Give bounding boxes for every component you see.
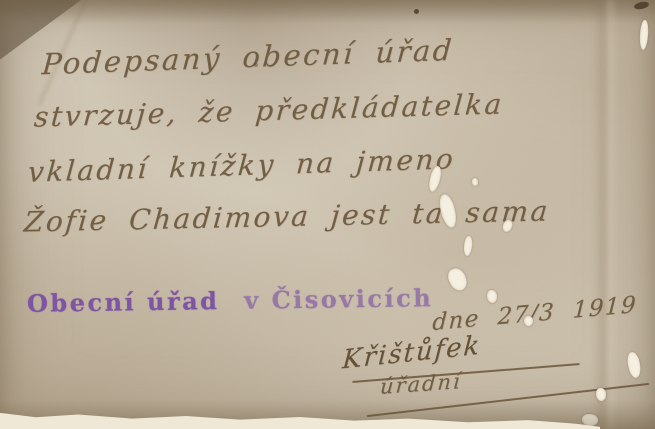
scanned-document: Podepsaný obecní úřad stvrzuje, že předk… [0, 0, 655, 429]
paper-damage-chip [463, 236, 474, 257]
paper-damage-chip [446, 266, 470, 293]
stamp-text-secondary: v Čisovicích [244, 283, 433, 315]
office-rubber-stamp: Obecní úřad v Čisovicích [27, 283, 434, 318]
paper-damage-chip [487, 290, 497, 303]
stamp-text-primary: Obecní úřad [27, 286, 220, 318]
ink-speck [414, 9, 419, 14]
handwritten-line-1: Podepsaný obecní úřad [41, 33, 455, 81]
paper-damage-chip [472, 178, 478, 186]
handwritten-line-4: Žofie Chadimova jest ta sama [23, 194, 552, 238]
paper-damage-chip [626, 351, 642, 378]
handwritten-line-2: stvrzuje, že předkládatelka [33, 87, 505, 133]
right-crease [592, 0, 618, 429]
top-edge-shading [0, 0, 655, 26]
ink-speck [254, 63, 258, 67]
handwritten-line-3: vkladní knížky na jmeno [27, 142, 457, 189]
